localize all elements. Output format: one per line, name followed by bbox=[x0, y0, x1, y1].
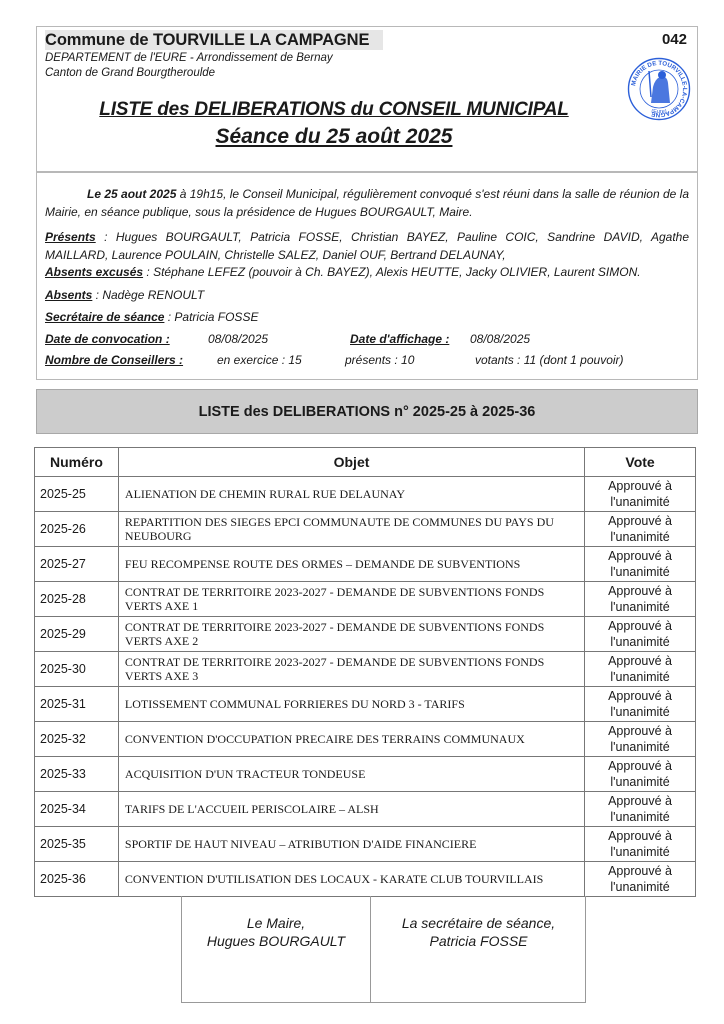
deliberation-number: 2025-35 bbox=[35, 827, 119, 862]
table-row: 2025-34TARIFS DE L'ACCUEIL PERISCOLAIRE … bbox=[35, 792, 696, 827]
deliberation-subject: TARIFS DE L'ACCUEIL PERISCOLAIRE – ALSH bbox=[118, 792, 584, 827]
secretary-paragraph: Secrétaire de séance : Patricia FOSSE bbox=[45, 308, 689, 326]
column-header-objet: Objet bbox=[118, 448, 584, 477]
mayor-name: Hugues BOURGAULT bbox=[182, 932, 370, 950]
table-header-row: Numéro Objet Vote bbox=[35, 448, 696, 477]
deliberation-number: 2025-26 bbox=[35, 512, 119, 547]
document-title: LISTE des DELIBERATIONS du CONSEIL MUNIC… bbox=[37, 99, 631, 121]
table-row: 2025-26REPARTITION DES SIEGES EPCI COMMU… bbox=[35, 512, 696, 547]
session-date-title: Séance du 25 août 2025 bbox=[37, 125, 631, 149]
secretary-name: : Patricia FOSSE bbox=[164, 310, 258, 324]
commune-name: Commune de TOURVILLE LA CAMPAGNE bbox=[45, 30, 383, 50]
secretary-signature: La secrétaire de séance, Patricia FOSSE bbox=[371, 896, 586, 1002]
deliberation-number: 2025-29 bbox=[35, 617, 119, 652]
intro-date: Le 25 aout 2025 bbox=[87, 187, 176, 201]
table-row: 2025-33ACQUISITION D'UN TRACTEUR TONDEUS… bbox=[35, 757, 696, 792]
table-row: 2025-32CONVENTION D'OCCUPATION PRECAIRE … bbox=[35, 722, 696, 757]
secretary-title: La secrétaire de séance, bbox=[371, 914, 586, 932]
deliberation-number: 2025-30 bbox=[35, 652, 119, 687]
table-row: 2025-27FEU RECOMPENSE ROUTE DES ORMES – … bbox=[35, 547, 696, 582]
column-header-vote: Vote bbox=[585, 448, 696, 477]
deliberation-subject: FEU RECOMPENSE ROUTE DES ORMES – DEMANDE… bbox=[118, 547, 584, 582]
seal-bottom-text: (Eure) bbox=[651, 109, 666, 115]
councillors-in-office: en exercice : 15 bbox=[217, 351, 302, 369]
deliberation-vote: Approuvé à l'unanimité bbox=[585, 477, 696, 512]
deliberations-table: Numéro Objet Vote 2025-25ALIENATION DE C… bbox=[34, 447, 696, 897]
header-box: Commune de TOURVILLE LA CAMPAGNE DEPARTE… bbox=[36, 26, 698, 172]
deliberation-number: 2025-32 bbox=[35, 722, 119, 757]
table-row: 2025-35SPORTIF DE HAUT NIVEAU – ATRIBUTI… bbox=[35, 827, 696, 862]
deliberation-number: 2025-33 bbox=[35, 757, 119, 792]
secretary-label: Secrétaire de séance bbox=[45, 310, 164, 324]
deliberation-number: 2025-31 bbox=[35, 687, 119, 722]
session-info-box: Le 25 aout 2025 à 19h15, le Conseil Muni… bbox=[36, 172, 698, 380]
councillors-present: présents : 10 bbox=[345, 351, 414, 369]
deliberation-vote: Approuvé à l'unanimité bbox=[585, 512, 696, 547]
document-number: 042 bbox=[662, 31, 687, 48]
councillors-label: Nombre de Conseillers : bbox=[45, 351, 183, 369]
absents-label: Absents bbox=[45, 288, 92, 302]
deliberation-number: 2025-36 bbox=[35, 862, 119, 897]
deliberation-vote: Approuvé à l'unanimité bbox=[585, 722, 696, 757]
deliberation-subject: ACQUISITION D'UN TRACTEUR TONDEUSE bbox=[118, 757, 584, 792]
municipal-seal-icon: MAIRIE DE TOURVILLE-LA-CAMPAGNE (Eure) bbox=[627, 57, 691, 121]
excused-list: : Stéphane LEFEZ (pouvoir à Ch. BAYEZ), … bbox=[143, 265, 641, 279]
absents-list: : Nadège RENOULT bbox=[92, 288, 204, 302]
mayor-title: Le Maire, bbox=[182, 914, 370, 932]
table-row: 2025-28CONTRAT DE TERRITOIRE 2023-2027 -… bbox=[35, 582, 696, 617]
deliberation-subject: CONTRAT DE TERRITOIRE 2023-2027 - DEMAND… bbox=[118, 617, 584, 652]
column-header-numero: Numéro bbox=[35, 448, 119, 477]
deliberation-vote: Approuvé à l'unanimité bbox=[585, 582, 696, 617]
posting-label: Date d'affichage : bbox=[350, 330, 449, 348]
signature-box: Le Maire, Hugues BOURGAULT La secrétaire… bbox=[181, 896, 586, 1003]
deliberations-section-title: LISTE des DELIBERATIONS n° 2025-25 à 202… bbox=[36, 389, 698, 434]
deliberation-subject: REPARTITION DES SIEGES EPCI COMMUNAUTE D… bbox=[118, 512, 584, 547]
department-line: DEPARTEMENT de l'EURE - Arrondissement d… bbox=[45, 51, 333, 65]
deliberation-vote: Approuvé à l'unanimité bbox=[585, 617, 696, 652]
excused-paragraph: Absents excusés : Stéphane LEFEZ (pouvoi… bbox=[45, 263, 689, 281]
deliberation-subject: SPORTIF DE HAUT NIVEAU – ATRIBUTION D'AI… bbox=[118, 827, 584, 862]
presents-list: : Hugues BOURGAULT, Patricia FOSSE, Chri… bbox=[45, 230, 689, 262]
excused-label: Absents excusés bbox=[45, 265, 143, 279]
posting-date: 08/08/2025 bbox=[470, 330, 530, 348]
deliberation-number: 2025-28 bbox=[35, 582, 119, 617]
deliberation-vote: Approuvé à l'unanimité bbox=[585, 687, 696, 722]
deliberation-vote: Approuvé à l'unanimité bbox=[585, 652, 696, 687]
secretary-signature-name: Patricia FOSSE bbox=[371, 932, 586, 950]
presents-paragraph: Présents : Hugues BOURGAULT, Patricia FO… bbox=[45, 228, 689, 264]
deliberation-subject: CONTRAT DE TERRITOIRE 2023-2027 - DEMAND… bbox=[118, 582, 584, 617]
deliberation-subject: CONVENTION D'UTILISATION DES LOCAUX - KA… bbox=[118, 862, 584, 897]
deliberation-number: 2025-25 bbox=[35, 477, 119, 512]
table-row: 2025-36CONVENTION D'UTILISATION DES LOCA… bbox=[35, 862, 696, 897]
deliberation-subject: LOTISSEMENT COMMUNAL FORRIERES DU NORD 3… bbox=[118, 687, 584, 722]
table-row: 2025-31LOTISSEMENT COMMUNAL FORRIERES DU… bbox=[35, 687, 696, 722]
deliberation-number: 2025-27 bbox=[35, 547, 119, 582]
absents-paragraph: Absents : Nadège RENOULT bbox=[45, 286, 689, 304]
deliberation-subject: ALIENATION DE CHEMIN RURAL RUE DELAUNAY bbox=[118, 477, 584, 512]
convocation-date: 08/08/2025 bbox=[208, 330, 268, 348]
deliberation-subject: CONVENTION D'OCCUPATION PRECAIRE DES TER… bbox=[118, 722, 584, 757]
table-row: 2025-25ALIENATION DE CHEMIN RURAL RUE DE… bbox=[35, 477, 696, 512]
deliberation-vote: Approuvé à l'unanimité bbox=[585, 547, 696, 582]
deliberation-number: 2025-34 bbox=[35, 792, 119, 827]
deliberation-vote: Approuvé à l'unanimité bbox=[585, 862, 696, 897]
mayor-signature: Le Maire, Hugues BOURGAULT bbox=[182, 896, 371, 1002]
convocation-label: Date de convocation : bbox=[45, 330, 170, 348]
intro-paragraph: Le 25 aout 2025 à 19h15, le Conseil Muni… bbox=[45, 185, 689, 221]
deliberation-subject: CONTRAT DE TERRITOIRE 2023-2027 - DEMAND… bbox=[118, 652, 584, 687]
table-row: 2025-29CONTRAT DE TERRITOIRE 2023-2027 -… bbox=[35, 617, 696, 652]
canton-line: Canton de Grand Bourgtheroulde bbox=[45, 66, 215, 80]
deliberation-vote: Approuvé à l'unanimité bbox=[585, 792, 696, 827]
table-row: 2025-30CONTRAT DE TERRITOIRE 2023-2027 -… bbox=[35, 652, 696, 687]
presents-label: Présents bbox=[45, 230, 96, 244]
councillors-voting: votants : 11 (dont 1 pouvoir) bbox=[475, 351, 624, 369]
deliberation-vote: Approuvé à l'unanimité bbox=[585, 827, 696, 862]
deliberation-vote: Approuvé à l'unanimité bbox=[585, 757, 696, 792]
